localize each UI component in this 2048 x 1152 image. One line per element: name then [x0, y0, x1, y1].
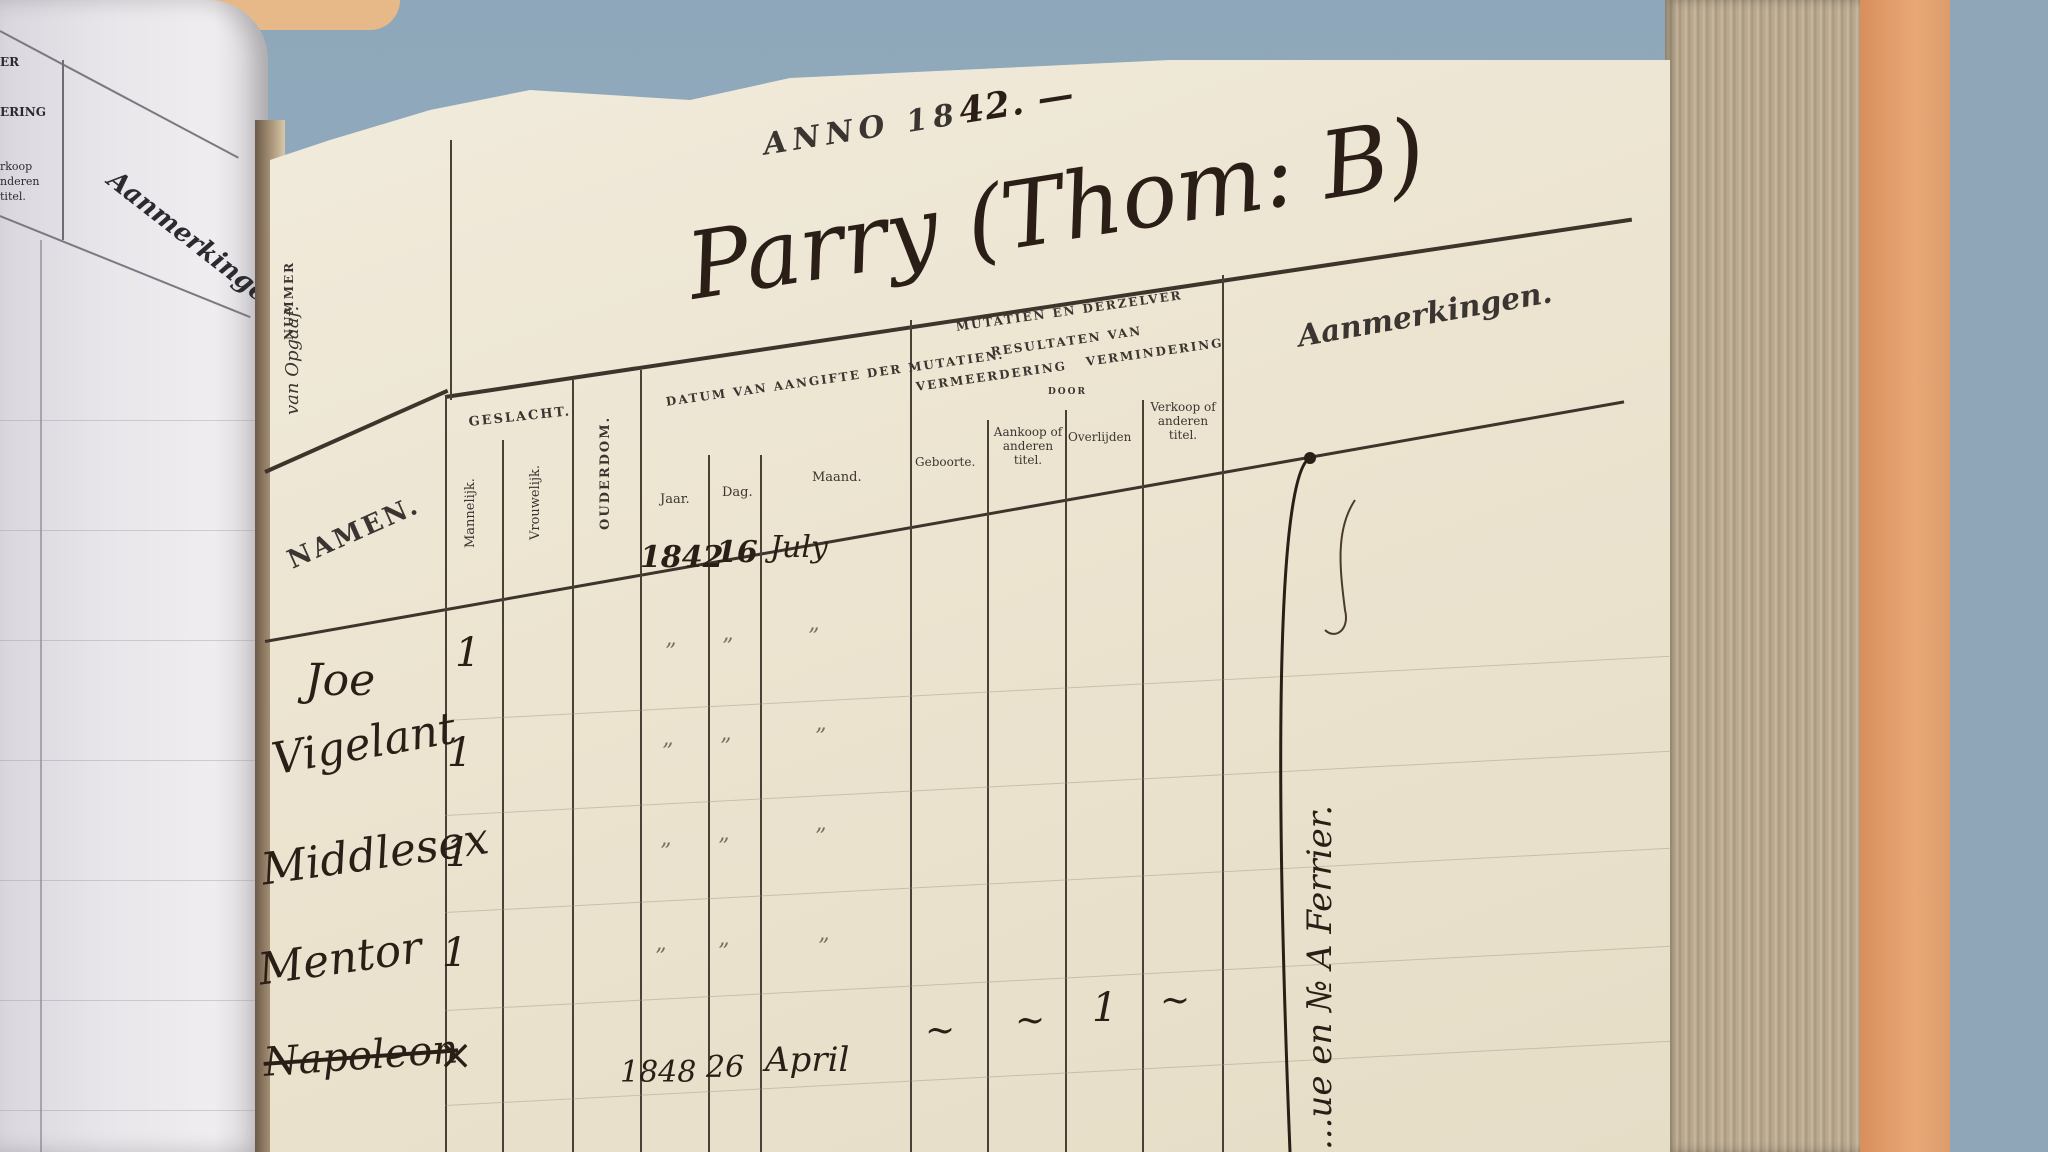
- row-month: ”: [818, 935, 829, 960]
- row-name: Joe: [305, 655, 375, 706]
- row-month: ”: [808, 625, 819, 650]
- row-purchase: ~: [1015, 1000, 1045, 1041]
- header-death: Overlijden: [1068, 430, 1131, 444]
- row-year: 1848: [620, 1055, 696, 1090]
- header-sale: Verkoop of anderen titel.: [1146, 400, 1220, 442]
- left-fragment-2: ERING: [0, 105, 46, 119]
- row-male: 1: [447, 730, 472, 776]
- row-year: ”: [660, 840, 671, 865]
- left-fragment-1: ER: [0, 55, 19, 69]
- rule-sale-right: [1222, 275, 1224, 1152]
- first-entry-month: July: [770, 530, 828, 565]
- row-year: ”: [655, 945, 666, 970]
- row-male: 1: [445, 830, 470, 876]
- row-day: ”: [720, 735, 731, 760]
- row-month: April: [765, 1040, 849, 1080]
- left-column-divider: [62, 60, 64, 240]
- row-month: ”: [815, 725, 826, 750]
- header-purchase: Aankoop of anderen titel.: [993, 425, 1063, 467]
- left-header-rule: [0, 30, 239, 159]
- rule-purchase-right: [1065, 410, 1067, 1152]
- row-year: ”: [665, 640, 676, 665]
- row-day: ”: [718, 835, 729, 860]
- rule-male-right: [502, 440, 504, 1152]
- rule-death-right: [1142, 400, 1144, 1152]
- first-entry-day: 16: [716, 535, 758, 570]
- first-entry-year: 1842: [640, 540, 724, 575]
- row-male: 1: [455, 630, 480, 676]
- header-day: Dag.: [722, 485, 753, 500]
- row-death: 1: [1092, 985, 1117, 1031]
- row-year: ”: [662, 740, 673, 765]
- remarks-vertical-note: ...ue en № A Ferrier.: [1300, 805, 1340, 1150]
- row-month: ”: [815, 825, 826, 850]
- left-column-divider-lower: [40, 240, 42, 1152]
- row-day: ”: [722, 635, 733, 660]
- rule-month-right: [910, 320, 912, 1152]
- rule-day-right: [760, 455, 762, 1152]
- rule-female-right: [572, 380, 574, 1152]
- row-male: 1: [442, 930, 467, 976]
- left-fragment-4: nderen: [0, 175, 40, 188]
- row-sale: ~: [1160, 980, 1190, 1021]
- photo-scene: ER ERING rkoop nderen titel. Aanmerkinge…: [0, 0, 2048, 1152]
- row-day: ”: [718, 940, 729, 965]
- rule-age-right: [640, 370, 642, 1152]
- header-male: Mannelijk.: [463, 478, 478, 548]
- header-month: Maand.: [812, 470, 862, 485]
- left-page: ER ERING rkoop nderen titel. Aanmerkinge…: [0, 0, 268, 1152]
- rule-number-col: [450, 140, 452, 400]
- table-surface-right: [1950, 0, 2048, 1152]
- header-birth: Geboorte.: [915, 455, 975, 469]
- header-year: Jaar.: [660, 492, 690, 507]
- header-age: OUDERDOM.: [598, 416, 613, 530]
- header-female: Vrouwelijk.: [528, 465, 543, 540]
- header-by: DOOR: [1048, 387, 1087, 397]
- left-fragment-3: rkoop: [0, 160, 32, 173]
- row-male: ×: [438, 1030, 473, 1079]
- header-number-sub: van Opgaaf.: [282, 306, 303, 415]
- row-birth: ~: [925, 1010, 955, 1051]
- left-fragment-5: titel.: [0, 190, 26, 203]
- row-day: 26: [706, 1050, 744, 1085]
